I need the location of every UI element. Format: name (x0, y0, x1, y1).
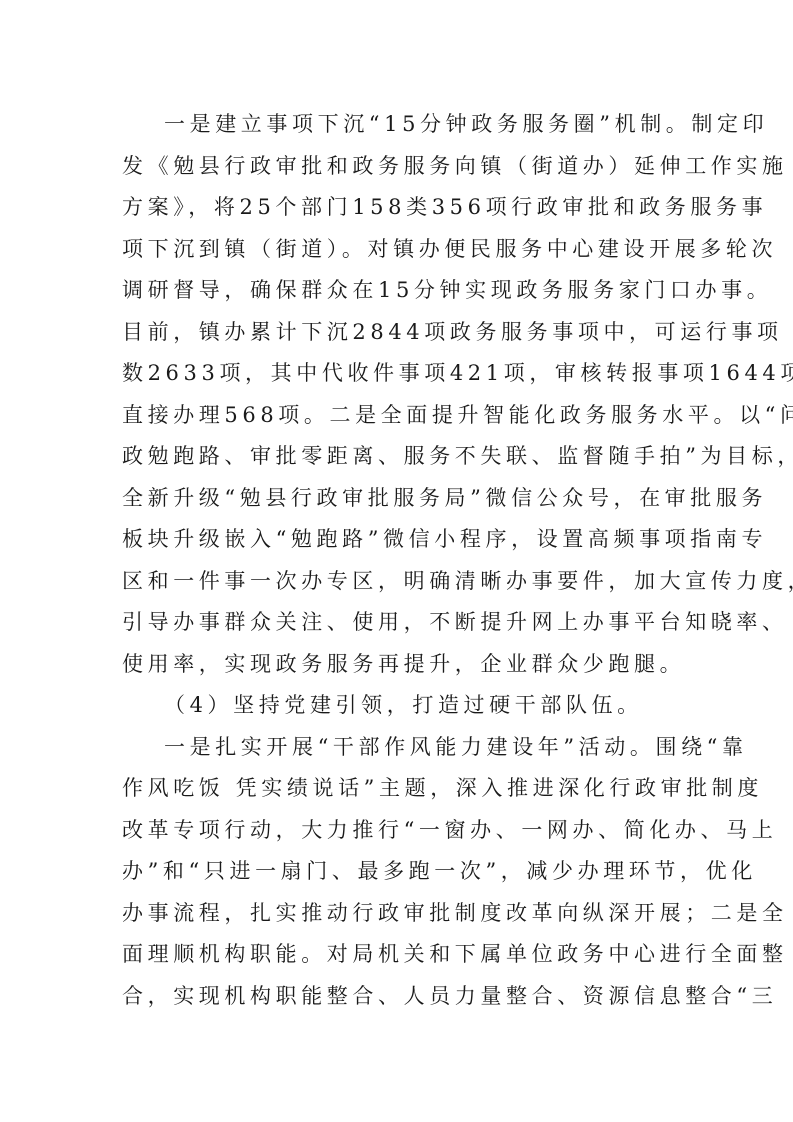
paragraph-line: 面理顺机构职能。对局机关和下属单位政务中心进行全面整 (122, 934, 678, 976)
paragraph-line: 作风吃饭 凭实绩说话”主题，深入推进深化行政审批制度 (122, 768, 678, 810)
paragraph-line: 改革专项行动，大力推行“一窗办、一网办、简化办、马上 (122, 810, 678, 852)
paragraph-line: 区和一件事一次办专区，明确清晰办事要件，加大宣传力度， (122, 561, 678, 603)
section-heading: （4）坚持党建引领，打造过硬干部队伍。 (122, 685, 678, 727)
paragraph-line: 板块升级嵌入“勉跑路”微信小程序，设置高频事项指南专 (122, 519, 678, 561)
paragraph-line: 发《勉县行政审批和政务服务向镇（街道办）延伸工作实施 (122, 146, 678, 188)
paragraph-line: 方案》，将25个部门158类356项行政审批和政务服务事 (122, 187, 678, 229)
paragraph-line: 全新升级“勉县行政审批服务局”微信公众号，在审批服务 (122, 478, 678, 520)
paragraph-line: 办”和“只进一扇门、最多跑一次”，减少办理环节，优化 (122, 851, 678, 893)
paragraph-line: 合，实现机构职能整合、人员力量整合、资源信息整合“三 (122, 976, 678, 1018)
paragraph-line: 项下沉到镇（街道）。对镇办便民服务中心建设开展多轮次 (122, 229, 678, 271)
body-text: 一是建立事项下沉“15分钟政务服务圈”机制。制定印 发《勉县行政审批和政务服务向… (122, 104, 678, 1017)
paragraph-line: 引导办事群众关注、使用，不断提升网上办事平台知晓率、 (122, 602, 678, 644)
document-page: 一是建立事项下沉“15分钟政务服务圈”机制。制定印 发《勉县行政审批和政务服务向… (0, 0, 793, 1122)
paragraph-line: 使用率，实现政务服务再提升，企业群众少跑腿。 (122, 644, 678, 686)
paragraph-line: 调研督导，确保群众在15分钟实现政务服务家门口办事。 (122, 270, 678, 312)
paragraph-line: 目前，镇办累计下沉2844项政务服务事项中，可运行事项 (122, 312, 678, 354)
paragraph-line: 直接办理568项。二是全面提升智能化政务服务水平。以“问 (122, 395, 678, 437)
paragraph-line: 一是建立事项下沉“15分钟政务服务圈”机制。制定印 (122, 104, 678, 146)
paragraph-line: 数2633项，其中代收件事项421项，审核转报事项1644项， (122, 353, 678, 395)
paragraph-line: 政勉跑路、审批零距离、服务不失联、监督随手拍”为目标， (122, 436, 678, 478)
paragraph-line: 一是扎实开展“干部作风能力建设年”活动。围绕“靠 (122, 727, 678, 769)
paragraph-line: 办事流程，扎实推动行政审批制度改革向纵深开展；二是全 (122, 893, 678, 935)
